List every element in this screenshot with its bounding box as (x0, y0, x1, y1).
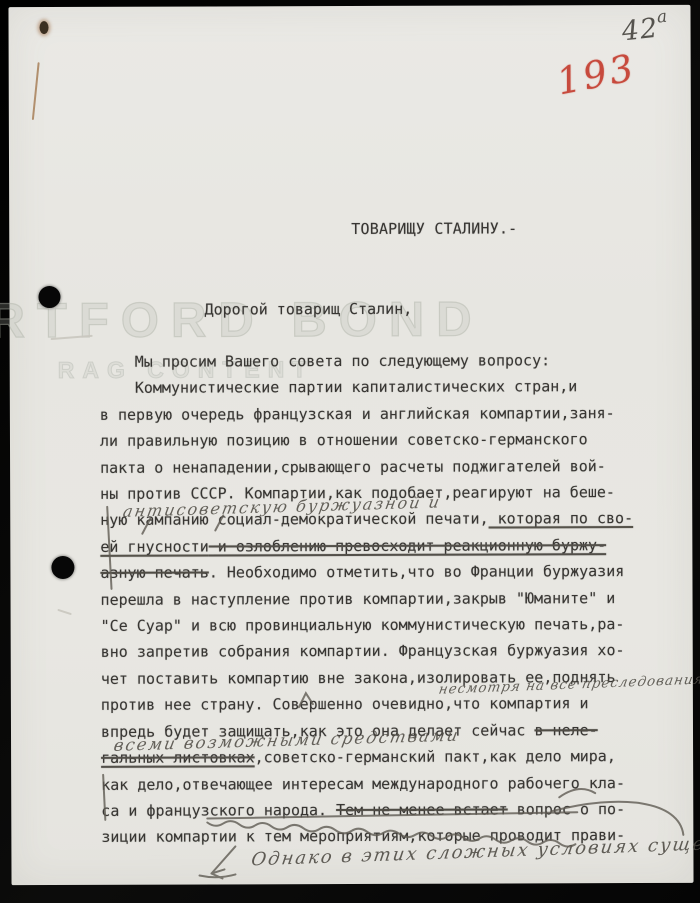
insertion-slash-2 (215, 515, 223, 530)
insertion-slash-1 (142, 519, 150, 534)
insertion-caret (299, 693, 313, 707)
pencil-marks-layer (8, 5, 693, 885)
scribble-line (207, 812, 577, 818)
document-page: RTFORD BOND RAG CONTENT 42a 193 ТОВАРИЩУ… (8, 5, 693, 885)
paper-crease (52, 336, 92, 339)
scan-background: RTFORD BOND RAG CONTENT 42a 193 ТОВАРИЩУ… (0, 0, 700, 903)
scribble-flourish (559, 789, 595, 797)
margin-line-1 (107, 507, 111, 589)
paper-nick (59, 610, 71, 614)
scribble-strikeout (207, 820, 575, 848)
margin-line-2 (103, 775, 105, 820)
scribble-curve (551, 801, 683, 835)
